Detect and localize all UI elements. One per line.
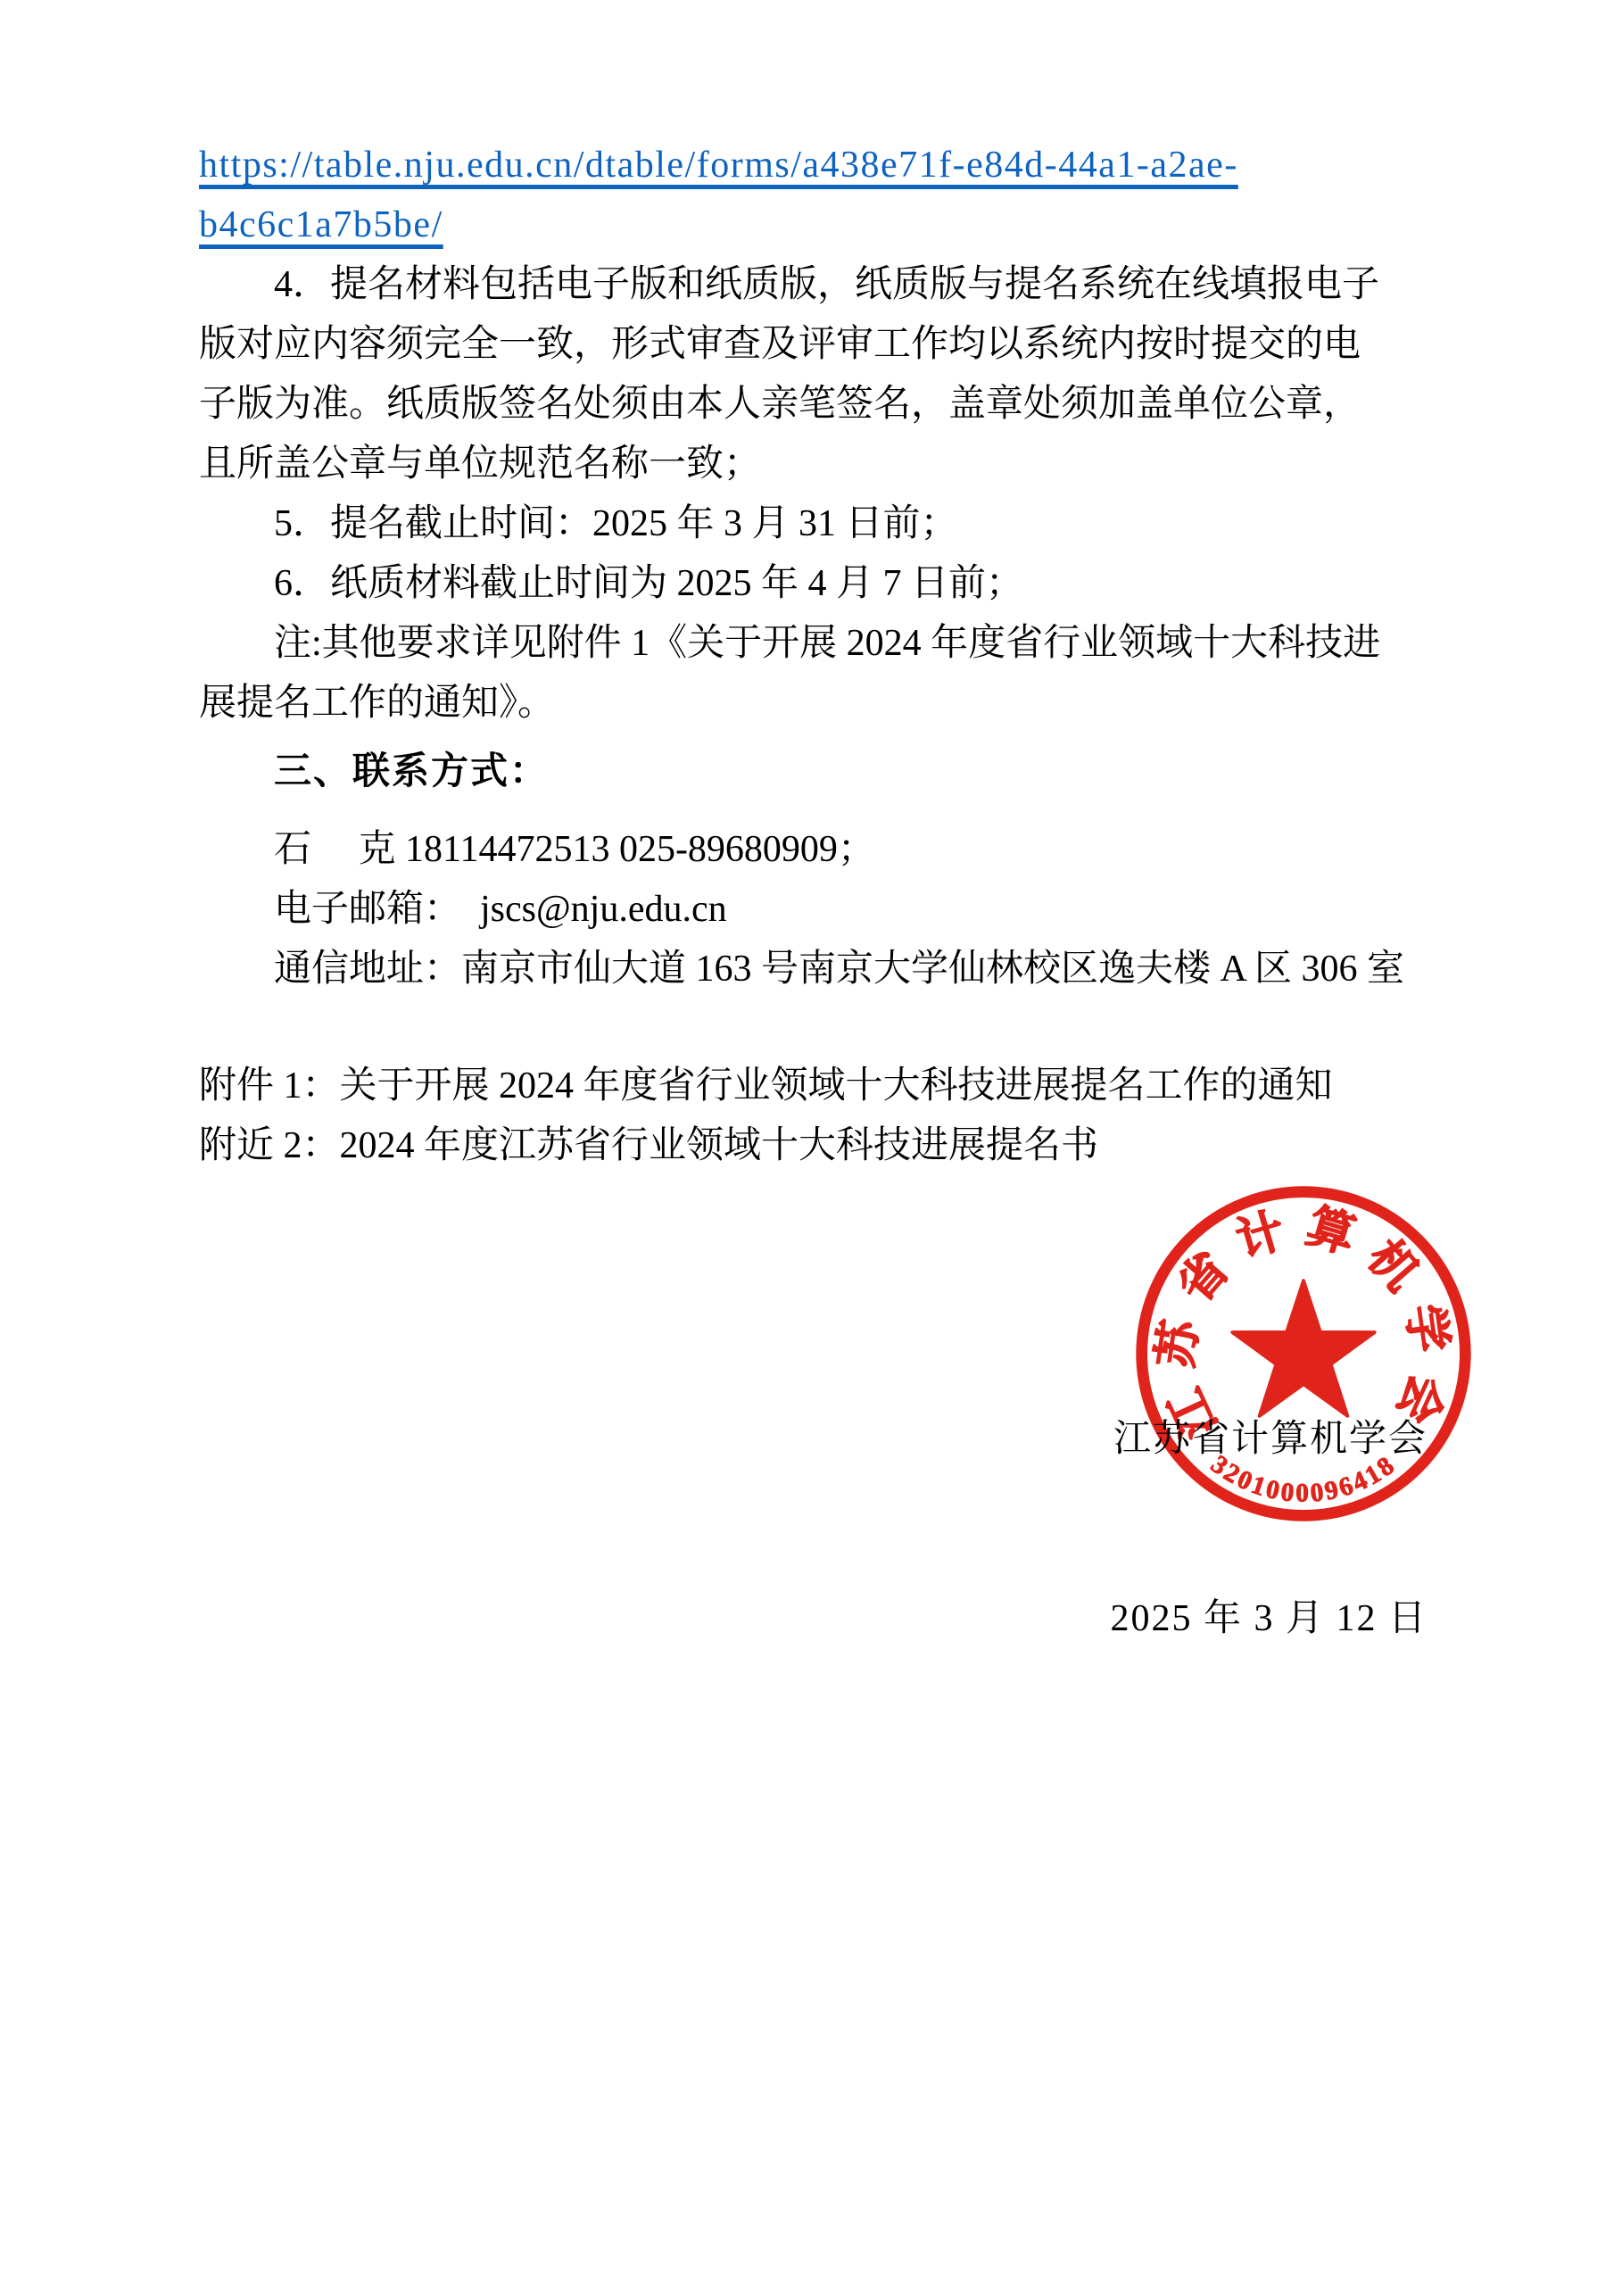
contact-phone-line: 石 克 18114472513 025-89680909； xyxy=(199,820,1448,880)
form-url-link[interactable]: b4c6c1a7b5be/ xyxy=(199,204,443,245)
form-url-link[interactable]: https://table.nju.edu.cn/dtable/forms/a4… xyxy=(199,145,1238,186)
hyperlink-line: b4c6c1a7b5be/ xyxy=(199,195,1448,255)
paragraph4-line: 4．提名材料包括电子版和纸质版，纸质版与提名系统在线填报电子 xyxy=(199,255,1448,315)
item6-line: 6．纸质材料截止时间为 2025 年 4 月 7 日前； xyxy=(199,554,1448,614)
note-line: 展提名工作的通知》。 xyxy=(199,674,1448,734)
note-line: 注:其他要求详见附件 1《关于开展 2024 年度省行业领域十大科技进 xyxy=(199,614,1448,674)
attachment2-line: 附近 2：2024 年度江苏省行业领域十大科技进展提名书 xyxy=(199,1116,1448,1176)
document-body: https://table.nju.edu.cn/dtable/forms/a4… xyxy=(199,136,1448,1176)
hyperlink-line: https://table.nju.edu.cn/dtable/forms/a4… xyxy=(199,136,1448,195)
document-page: https://table.nju.edu.cn/dtable/forms/a4… xyxy=(0,0,1622,2296)
signature-block: 江苏省计算机学会 2025 年 3 月 12 日 xyxy=(1110,1290,1428,1769)
section-heading-contact: 三、联系方式： xyxy=(199,741,1448,800)
contact-email-line: 电子邮箱： jscs@nju.edu.cn xyxy=(199,880,1448,940)
paragraph4-line: 子版为准。纸质版签名处须由本人亲笔签名，盖章处须加盖单位公章， xyxy=(199,375,1448,435)
item5-line: 5．提名截止时间：2025 年 3 月 31 日前； xyxy=(199,494,1448,554)
paragraph4-line: 且所盖公章与单位规范名称一致； xyxy=(199,435,1448,494)
contact-address-line: 通信地址：南京市仙大道 163 号南京大学仙林校区逸夫楼 A 区 306 室 xyxy=(199,940,1448,999)
attachment1-line: 附件 1：关于开展 2024 年度省行业领域十大科技进展提名工作的通知 xyxy=(199,1057,1448,1116)
paragraph4-line: 版对应内容须完全一致，形式审查及评审工作均以系统内按时提交的电 xyxy=(199,315,1448,375)
signature-date: 2025 年 3 月 12 日 xyxy=(1110,1589,1428,1649)
signature-org: 江苏省计算机学会 xyxy=(1110,1410,1428,1470)
